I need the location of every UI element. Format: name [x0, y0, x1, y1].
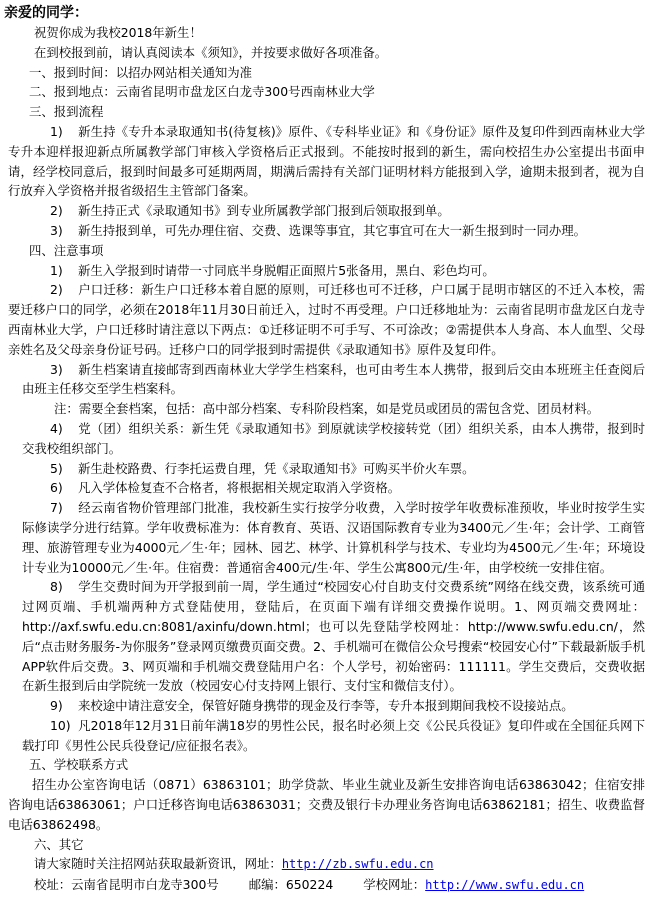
notes-item: 9)来校途中请注意安全，保管好随身携带的现金及行李等，专升本报到期间我校不设接站…: [8, 696, 645, 716]
notes-item: 4)党（团）组织关系：新生凭《录取通知书》到原就读学校接转党（团）组织关系，由本…: [8, 419, 645, 459]
website-label: 学校网址：: [363, 877, 425, 892]
item-text: 学生交费时间为开学报到前一周，学生通过“校园安心付自助支付交费系统”网络在线交费…: [22, 579, 645, 693]
item-text: 新生持《专升本录取通知书(待复核)》原件、《专科毕业证》和《身份证》原件及复印件…: [8, 124, 645, 198]
school-website-link[interactable]: http://www.swfu.edu.cn: [425, 878, 584, 892]
item-number: 9): [50, 696, 78, 716]
notes-item: 2)户口迁移：新生户口迁移本着自愿的原则，可迁移也可不迁移，户口属于昆明市辖区的…: [8, 280, 645, 359]
item-text: 凡入学体检复查不合格者，将根据相关规定取消入学资格。: [78, 480, 400, 495]
notes-item: 10)凡2018年12月31日前年满18岁的男性公民，报名时必须上交《公民兵役证…: [8, 716, 645, 756]
item-text: 户口迁移：新生户口迁移本着自愿的原则，可迁移也可不迁移，户口属于昆明市辖区的不迁…: [8, 282, 645, 356]
section-report-location: 二、报到地点：云南省昆明市盘龙区白龙寺300号西南林业大学: [8, 82, 645, 102]
section-procedure-heading: 三、报到流程: [8, 102, 645, 122]
greeting-heading: 亲爱的同学：: [4, 3, 645, 23]
follow-site-text: 请大家随时关注招网站获取最新资讯，网址：: [34, 856, 282, 871]
procedure-item: 1)新生持《专升本录取通知书(待复核)》原件、《专科毕业证》和《身份证》原件及复…: [8, 122, 645, 201]
item-text: 来校途中请注意安全，保管好随身携带的现金及行李等，专升本报到期间我校不设接站点。: [78, 698, 574, 713]
section-report-time: 一、报到时间：以招办网站相关通知为准: [8, 63, 645, 83]
archive-note: 注：需要全套档案，包括：高中部分档案、专科阶段档案，如是党员或团员的需包含党、团…: [8, 399, 645, 419]
admission-notice-document: 亲爱的同学： 祝贺你成为我校2018年新生！ 在到校报到前，请认真阅读本《须知》…: [0, 0, 653, 896]
item-number: 1): [50, 122, 78, 142]
item-number: 10): [50, 716, 78, 736]
item-number: 3): [50, 221, 78, 241]
item-text: 新生赴校路费、行李托运费自理，凭《录取通知书》可购买半价火车票。: [78, 461, 475, 476]
item-number: 1): [50, 261, 78, 281]
item-text: 党（团）组织关系：新生凭《录取通知书》到原就读学校接转党（团）组织关系，由本人携…: [22, 421, 645, 456]
item-text: 新生档案请直接邮寄到西南林业大学学生档案科，也可由考生本人携带，报到后交由本班班…: [22, 362, 645, 397]
address-text: 校址：云南省昆明市白龙寺300号: [34, 877, 219, 892]
notes-item: 6)凡入学体检复查不合格者，将根据相关规定取消入学资格。: [8, 478, 645, 498]
item-number: 6): [50, 478, 78, 498]
address-line: 校址：云南省昆明市白龙寺300号邮编：650224学校网址：http://www…: [8, 875, 645, 896]
item-number: 8): [50, 577, 78, 597]
notes-item: 1)新生入学报到时请带一寸同底半身脱帽正面照片5张备用，黑白、彩色均可。: [8, 261, 645, 281]
item-number: 3): [50, 360, 78, 380]
item-number: 5): [50, 459, 78, 479]
notes-item: 5)新生赴校路费、行李托运费自理，凭《录取通知书》可购买半价火车票。: [8, 459, 645, 479]
notes-item: 7)经云南省物价管理部门批准，我校新生实行按学分收费，入学时按学年收费标准预收，…: [8, 498, 645, 577]
congrats-line: 祝贺你成为我校2018年新生！: [8, 23, 645, 43]
section-contact-heading: 五、学校联系方式: [8, 755, 645, 775]
follow-site-line: 请大家随时关注招网站获取最新资讯，网址：http://zb.swfu.edu.c…: [8, 854, 645, 875]
item-text: 新生入学报到时请带一寸同底半身脱帽正面照片5张备用，黑白、彩色均可。: [78, 263, 495, 278]
procedure-item: 2)新生持正式《录取通知书》到专业所属教学部门报到后领取报到单。: [8, 201, 645, 221]
item-number: 7): [50, 498, 78, 518]
item-text: 新生持报到单，可先办理住宿、交费、选课等事宜，其它事宜可在大一新生报到时一同办理…: [78, 223, 586, 238]
read-notice-line: 在到校报到前，请认真阅读本《须知》，并按要求做好各项准备。: [8, 43, 645, 63]
item-number: 2): [50, 201, 78, 221]
procedure-item: 3)新生持报到单，可先办理住宿、交费、选课等事宜，其它事宜可在大一新生报到时一同…: [8, 221, 645, 241]
contact-phones: 招生办公室咨询电话（0871）63863101；助学贷款、毕业生就业及新生安排咨…: [8, 775, 645, 834]
item-number: 4): [50, 419, 78, 439]
item-text: 新生持正式《录取通知书》到专业所属教学部门报到后领取报到单。: [78, 203, 450, 218]
section-other-heading: 六、其它: [8, 835, 645, 855]
item-number: 2): [50, 280, 78, 300]
item-text: 凡2018年12月31日前年满18岁的男性公民，报名时必须上交《公民兵役证》复印…: [22, 718, 645, 753]
notes-item: 3)新生档案请直接邮寄到西南林业大学学生档案科，也可由考生本人携带，报到后交由本…: [8, 360, 645, 400]
admissions-site-link[interactable]: http://zb.swfu.edu.cn: [282, 857, 434, 871]
postcode-text: 邮编：650224: [249, 877, 333, 892]
item-text: 经云南省物价管理部门批准，我校新生实行按学分收费，入学时按学年收费标准预收，毕业…: [22, 500, 645, 574]
section-notes-heading: 四、注意事项: [8, 241, 645, 261]
notes-item: 8)学生交费时间为开学报到前一周，学生通过“校园安心付自助支付交费系统”网络在线…: [8, 577, 645, 696]
